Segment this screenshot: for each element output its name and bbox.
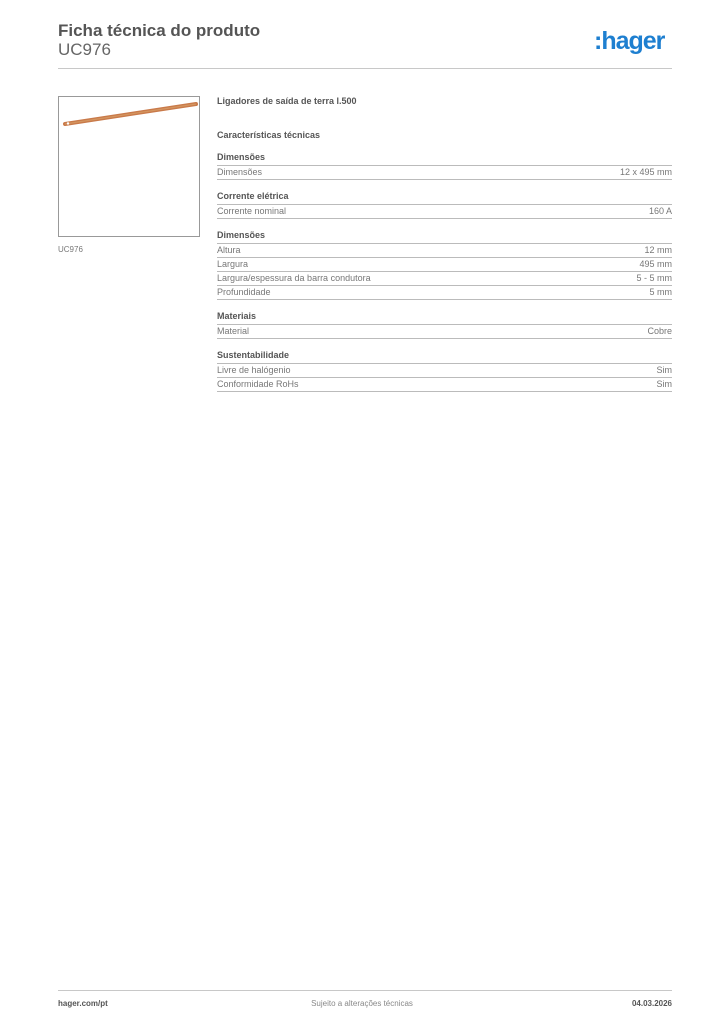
spec-group: DimensõesDimensões12 x 495 mm [217,152,672,180]
spec-row: Altura12 mm [217,244,672,258]
group-title: Materiais [217,311,672,325]
group-title: Dimensões [217,230,672,244]
spec-group: DimensõesAltura12 mmLargura495 mmLargura… [217,230,672,300]
spec-label: Material [217,325,249,338]
spec-label: Largura/espessura da barra condutora [217,272,371,285]
group-title: Sustentabilidade [217,350,672,364]
footer-divider [58,990,672,991]
spec-group: MateriaisMaterialCobre [217,311,672,339]
group-title: Corrente elétrica [217,191,672,205]
spec-value: 5 - 5 mm [636,272,672,285]
copper-bar-icon [59,97,199,236]
spec-value: Sim [657,378,673,391]
spec-groups: DimensõesDimensões12 x 495 mmCorrente el… [217,152,672,392]
spec-label: Dimensões [217,166,262,179]
spec-value: Cobre [647,325,672,338]
product-image [58,96,200,237]
spec-row: Profundidade5 mm [217,286,672,300]
footer-date: 04.03.2026 [632,999,672,1008]
spec-label: Corrente nominal [217,205,286,218]
spec-value: 12 x 495 mm [620,166,672,179]
product-name: Ligadores de saída de terra l.500 [217,96,672,109]
spec-value: 160 A [649,205,672,218]
spec-row: Livre de halógenioSim [217,364,672,378]
image-caption: UC976 [58,245,83,254]
spec-row: Corrente nominal160 A [217,205,672,219]
hager-logo: :hager [594,27,664,56]
spec-row: Dimensões12 x 495 mm [217,166,672,180]
spec-row: Largura495 mm [217,258,672,272]
spec-row: Largura/espessura da barra condutora5 - … [217,272,672,286]
spec-label: Largura [217,258,248,271]
spec-label: Livre de halógenio [217,364,291,377]
footer-disclaimer: Sujeito a alterações técnicas [0,999,724,1008]
characteristics-title: Características técnicas [217,130,672,144]
spec-row: Conformidade RoHsSim [217,378,672,392]
spec-group: SustentabilidadeLivre de halógenioSimCon… [217,350,672,392]
spec-group: Corrente elétricaCorrente nominal160 A [217,191,672,219]
spec-value: 495 mm [639,258,672,271]
spec-value: 5 mm [650,286,673,299]
header-title: Ficha técnica do produto [58,21,260,41]
spec-label: Altura [217,244,241,257]
spec-value: 12 mm [644,244,672,257]
header-divider [58,68,672,69]
spec-label: Conformidade RoHs [217,378,299,391]
product-code: UC976 [58,40,111,60]
spec-content: Ligadores de saída de terra l.500 Caract… [217,96,672,392]
group-title: Dimensões [217,152,672,166]
spec-label: Profundidade [217,286,271,299]
spec-row: MaterialCobre [217,325,672,339]
spec-value: Sim [657,364,673,377]
